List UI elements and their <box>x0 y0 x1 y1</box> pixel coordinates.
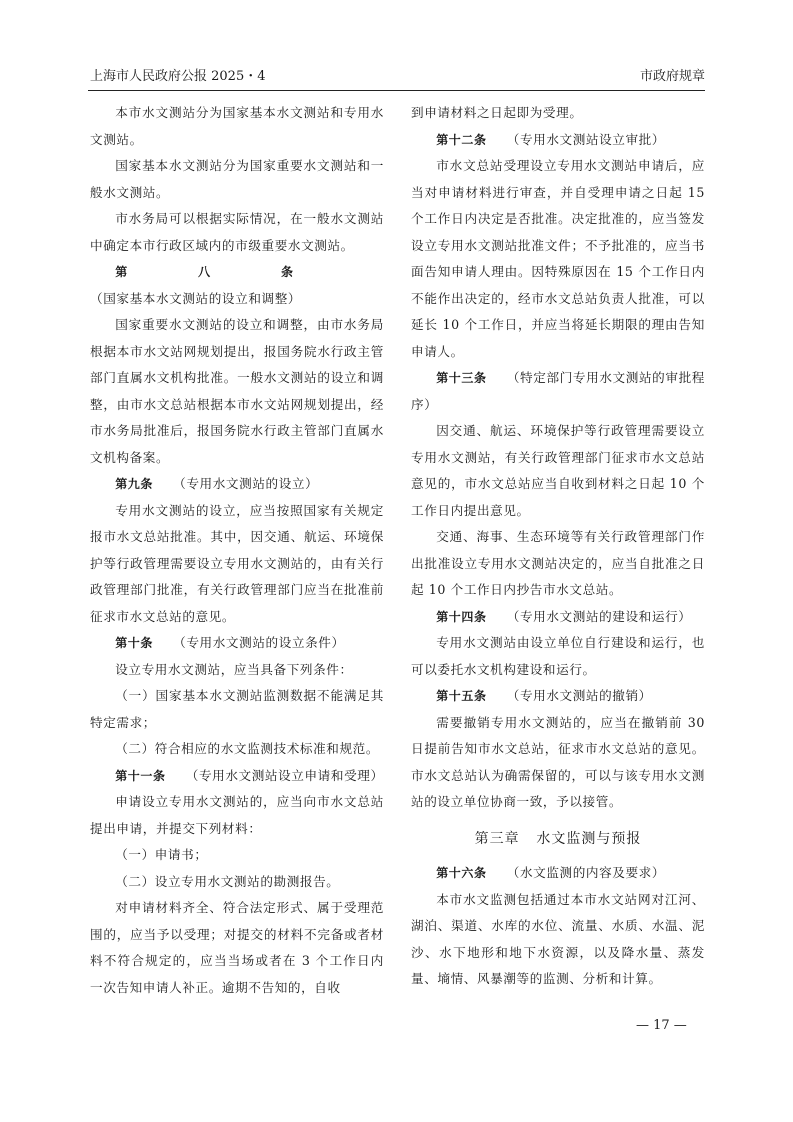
paragraph: 专用水文测站由设立单位自行建设和运行，也可以委托水文机构建设和运行。 <box>411 630 705 683</box>
article-title: （专用水文测站的设立） <box>173 476 318 491</box>
paragraph: （二）符合相应的水文监测技术标准和规范。 <box>90 736 384 763</box>
article-heading: 第十二条（专用水文测站设立审批） <box>411 127 705 154</box>
article-heading: 第十三条（特定部门专用水文测站的审批程序） <box>411 365 705 418</box>
paragraph: 本市水文监测包括通过本市水文站网对江河、湖泊、渠道、水库的水位、流量、水质、水温… <box>411 887 705 993</box>
article-title: （水文监测的内容及要求） <box>507 865 665 880</box>
running-header: 上海市人民政府公报 2025・4 市政府规章 <box>88 62 705 84</box>
paragraph: 市水务局可以根据实际情况，在一般水文测站中确定本市行政区域内的市级重要水文测站。 <box>90 206 384 259</box>
section-title: 市政府规章 <box>640 65 705 84</box>
article-title: （国家基本水文测站的设立和调整） <box>90 291 301 306</box>
chapter-heading: 第三章水文监测与预报 <box>411 826 705 853</box>
right-column: 到申请材料之日起即为受理。第十二条（专用水文测站设立审批）市水文总站受理设立专用… <box>411 100 705 993</box>
article-heading: 第九条（专用水文测站的设立） <box>90 471 384 498</box>
chapter-number: 第三章 <box>475 831 520 847</box>
left-column: 本市水文测站分为国家基本水文测站和专用水文测站。国家基本水文测站分为国家重要水文… <box>90 100 384 1001</box>
paragraph: 对申请材料齐全、符合法定形式、属于受理范围的，应当予以受理；对提交的材料不完备或… <box>90 895 384 1001</box>
article-heading: 第十条（专用水文测站的设立条件） <box>90 630 384 657</box>
article-number: 第九条 <box>115 477 153 491</box>
paragraph: 需要撤销专用水文测站的，应当在撤销前 30 日提前告知市水文总站，征求市水文总站… <box>411 710 705 816</box>
article-number: 第十五条 <box>436 689 486 703</box>
article-heading: 第十四条（专用水文测站的建设和运行） <box>411 604 705 631</box>
publication-title: 上海市人民政府公报 2025・4 <box>90 65 266 84</box>
paragraph: 因交通、航运、环境保护等行政管理需要设立专用水文测站，有关行政管理部门征求市水文… <box>411 418 705 524</box>
paragraph: 本市水文测站分为国家基本水文测站和专用水文测站。 <box>90 100 384 153</box>
article-heading: 第十六条（水文监测的内容及要求） <box>411 860 705 887</box>
paragraph: 专用水文测站的设立，应当按照国家有关规定报市水文总站批准。其中，因交通、航运、环… <box>90 498 384 631</box>
paragraph: 市水文总站受理设立专用水文测站申请后，应当对申请材料进行审查，并自受理申请之日起… <box>411 153 705 365</box>
paragraph: （一）国家基本水文测站监测数据不能满足其特定需求； <box>90 683 384 736</box>
article-title: （专用水文测站设立申请和受理） <box>186 768 384 783</box>
article-number: 第八条 <box>115 265 364 279</box>
header-rule <box>88 90 705 91</box>
article-number: 第十一条 <box>115 769 165 783</box>
paragraph: 申请设立专用水文测站的，应当向市水文总站提出申请，并提交下列材料： <box>90 789 384 842</box>
article-title: （专用水文测站的建设和运行） <box>507 609 692 624</box>
article-number: 第十三条 <box>436 371 486 385</box>
article-number: 第十六条 <box>436 866 486 880</box>
paragraph: （一）申请书； <box>90 842 384 869</box>
continued-paragraph: 到申请材料之日起即为受理。 <box>411 100 705 127</box>
chapter-title: 水文监测与预报 <box>536 831 641 847</box>
paragraph: 国家重要水文测站的设立和调整，由市水务局根据本市水文站网规划提出，报国务院水行政… <box>90 312 384 471</box>
paragraph: 设立专用水文测站，应当具备下列条件： <box>90 657 384 684</box>
article-title: （专用水文测站设立审批） <box>507 132 665 147</box>
paragraph: 交通、海事、生态环境等有关行政管理部门作出批准设立专用水文测站决定的，应当自批准… <box>411 524 705 604</box>
article-number: 第十二条 <box>436 133 486 147</box>
article-title: （专用水文测站的撤销） <box>507 688 652 703</box>
article-number: 第十条 <box>115 636 153 650</box>
article-heading: 第十五条（专用水文测站的撤销） <box>411 683 705 710</box>
paragraph: 国家基本水文测站分为国家重要水文测站和一般水文测站。 <box>90 153 384 206</box>
article-heading: 第八条（国家基本水文测站的设立和调整） <box>90 259 384 312</box>
article-title: （专用水文测站的设立条件） <box>173 635 345 650</box>
article-heading: 第十一条（专用水文测站设立申请和受理） <box>90 763 384 790</box>
paragraph: （二）设立专用水文测站的勘测报告。 <box>90 869 384 896</box>
article-number: 第十四条 <box>436 610 486 624</box>
page-number: — 17 — <box>636 1018 687 1033</box>
